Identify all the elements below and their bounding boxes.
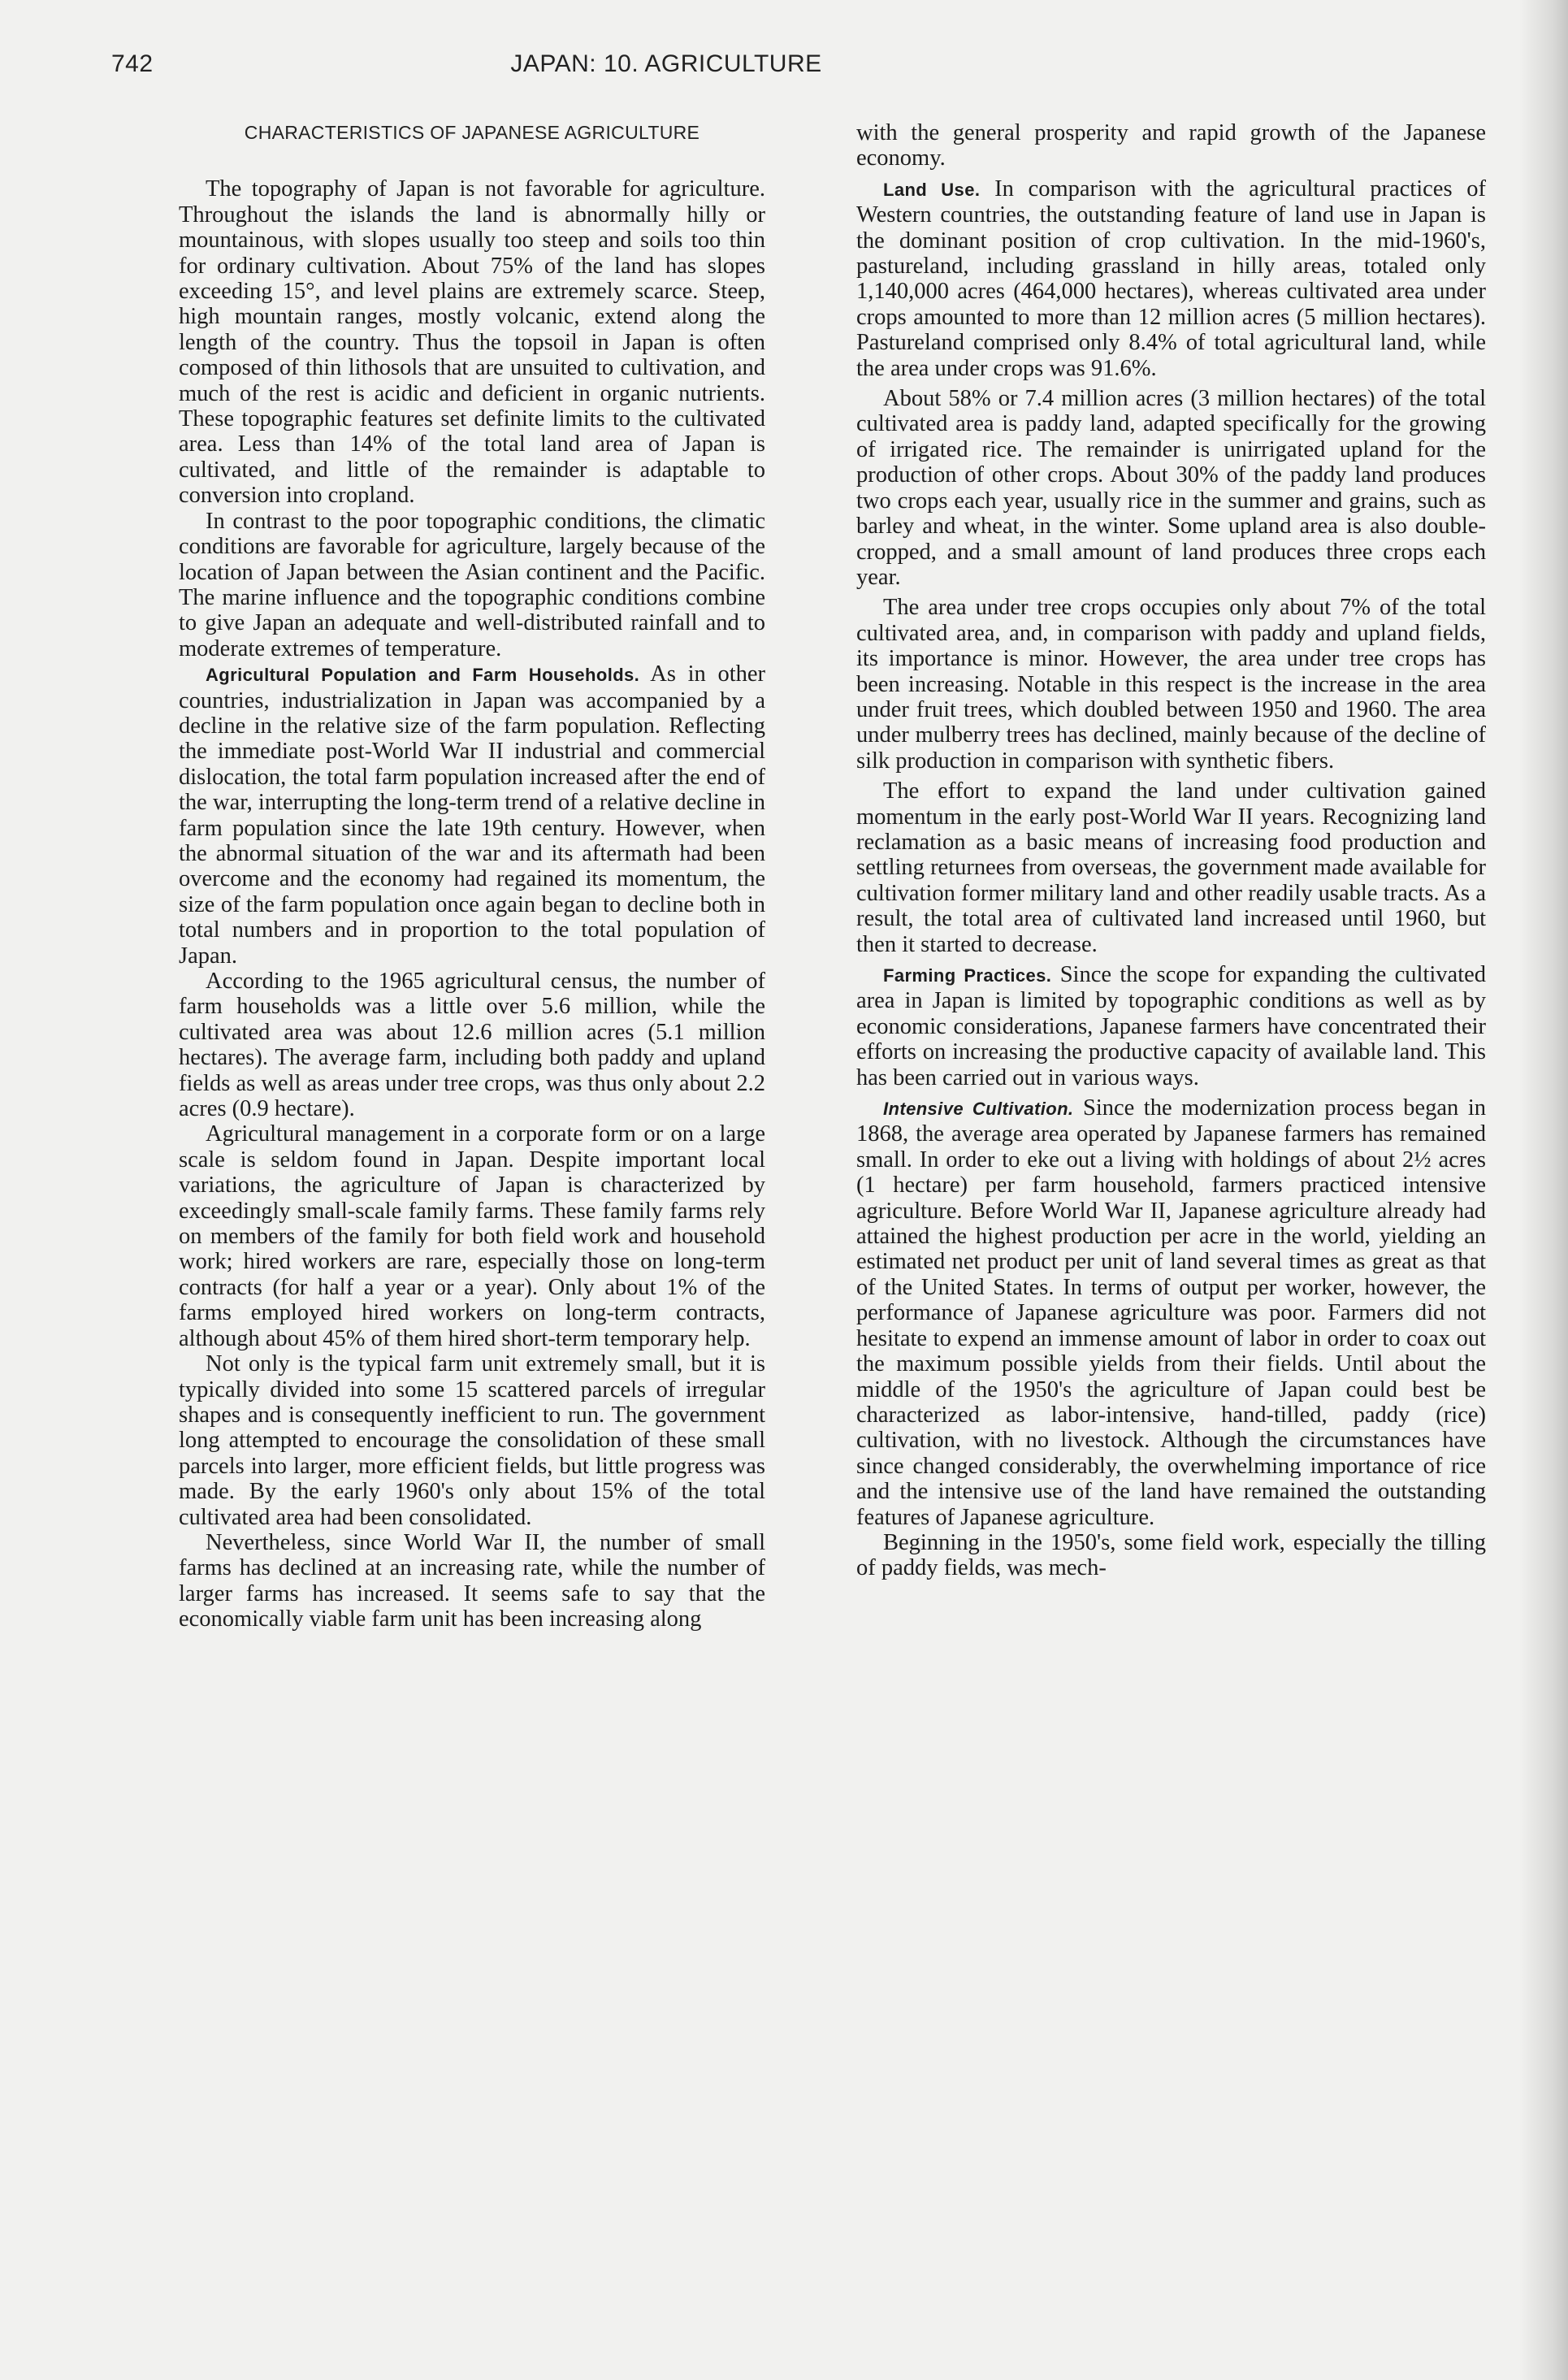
paragraph-management: Agricultural management in a corporate f…	[179, 1121, 765, 1351]
run-in-heading: Agricultural Population and Farm Househo…	[206, 665, 639, 685]
paragraph-farming-practices: Farming Practices. Since the scope for e…	[856, 962, 1486, 1090]
paragraph-census: According to the 1965 agricultural censu…	[179, 969, 765, 1121]
run-in-heading: Intensive Cultivation.	[883, 1099, 1073, 1119]
paragraph-paddy-land: About 58% or 7.4 million acres (3 millio…	[856, 386, 1486, 590]
left-column: CHARACTERISTICS OF JAPANESE AGRICULTURE …	[179, 120, 765, 1632]
paragraph-continuation: with the general prosperity and rapid gr…	[856, 120, 1486, 171]
right-column: with the general prosperity and rapid gr…	[856, 120, 1486, 1581]
paragraph-tree-crops: The area under tree crops occupies only …	[856, 595, 1486, 774]
paragraph-mechanization: Beginning in the 1950's, some field work…	[856, 1530, 1486, 1581]
run-in-heading: Farming Practices.	[883, 965, 1051, 986]
paragraph-land-use: Land Use. In comparison with the agricul…	[856, 176, 1486, 381]
paragraph-climate: In contrast to the poor topographic cond…	[179, 509, 765, 661]
paragraph-intensive-cultivation: Intensive Cultivation. Since the moderni…	[856, 1095, 1486, 1530]
paragraph-nevertheless: Nevertheless, since World War II, the nu…	[179, 1530, 765, 1632]
paragraph-land-expansion: The effort to expand the land under cult…	[856, 778, 1486, 957]
section-title: CHARACTERISTICS OF JAPANESE AGRICULTURE	[179, 120, 765, 145]
run-in-heading: Land Use.	[883, 180, 980, 200]
paragraph-agricultural-population: Agricultural Population and Farm Househo…	[179, 661, 765, 969]
paragraph-parcels: Not only is the typical farm unit extrem…	[179, 1351, 765, 1530]
running-head: JAPAN: 10. AGRICULTURE	[0, 50, 1332, 78]
page-edge-shadow	[1519, 0, 1568, 2380]
paragraph-topography: The topography of Japan is not favorable…	[179, 176, 765, 508]
